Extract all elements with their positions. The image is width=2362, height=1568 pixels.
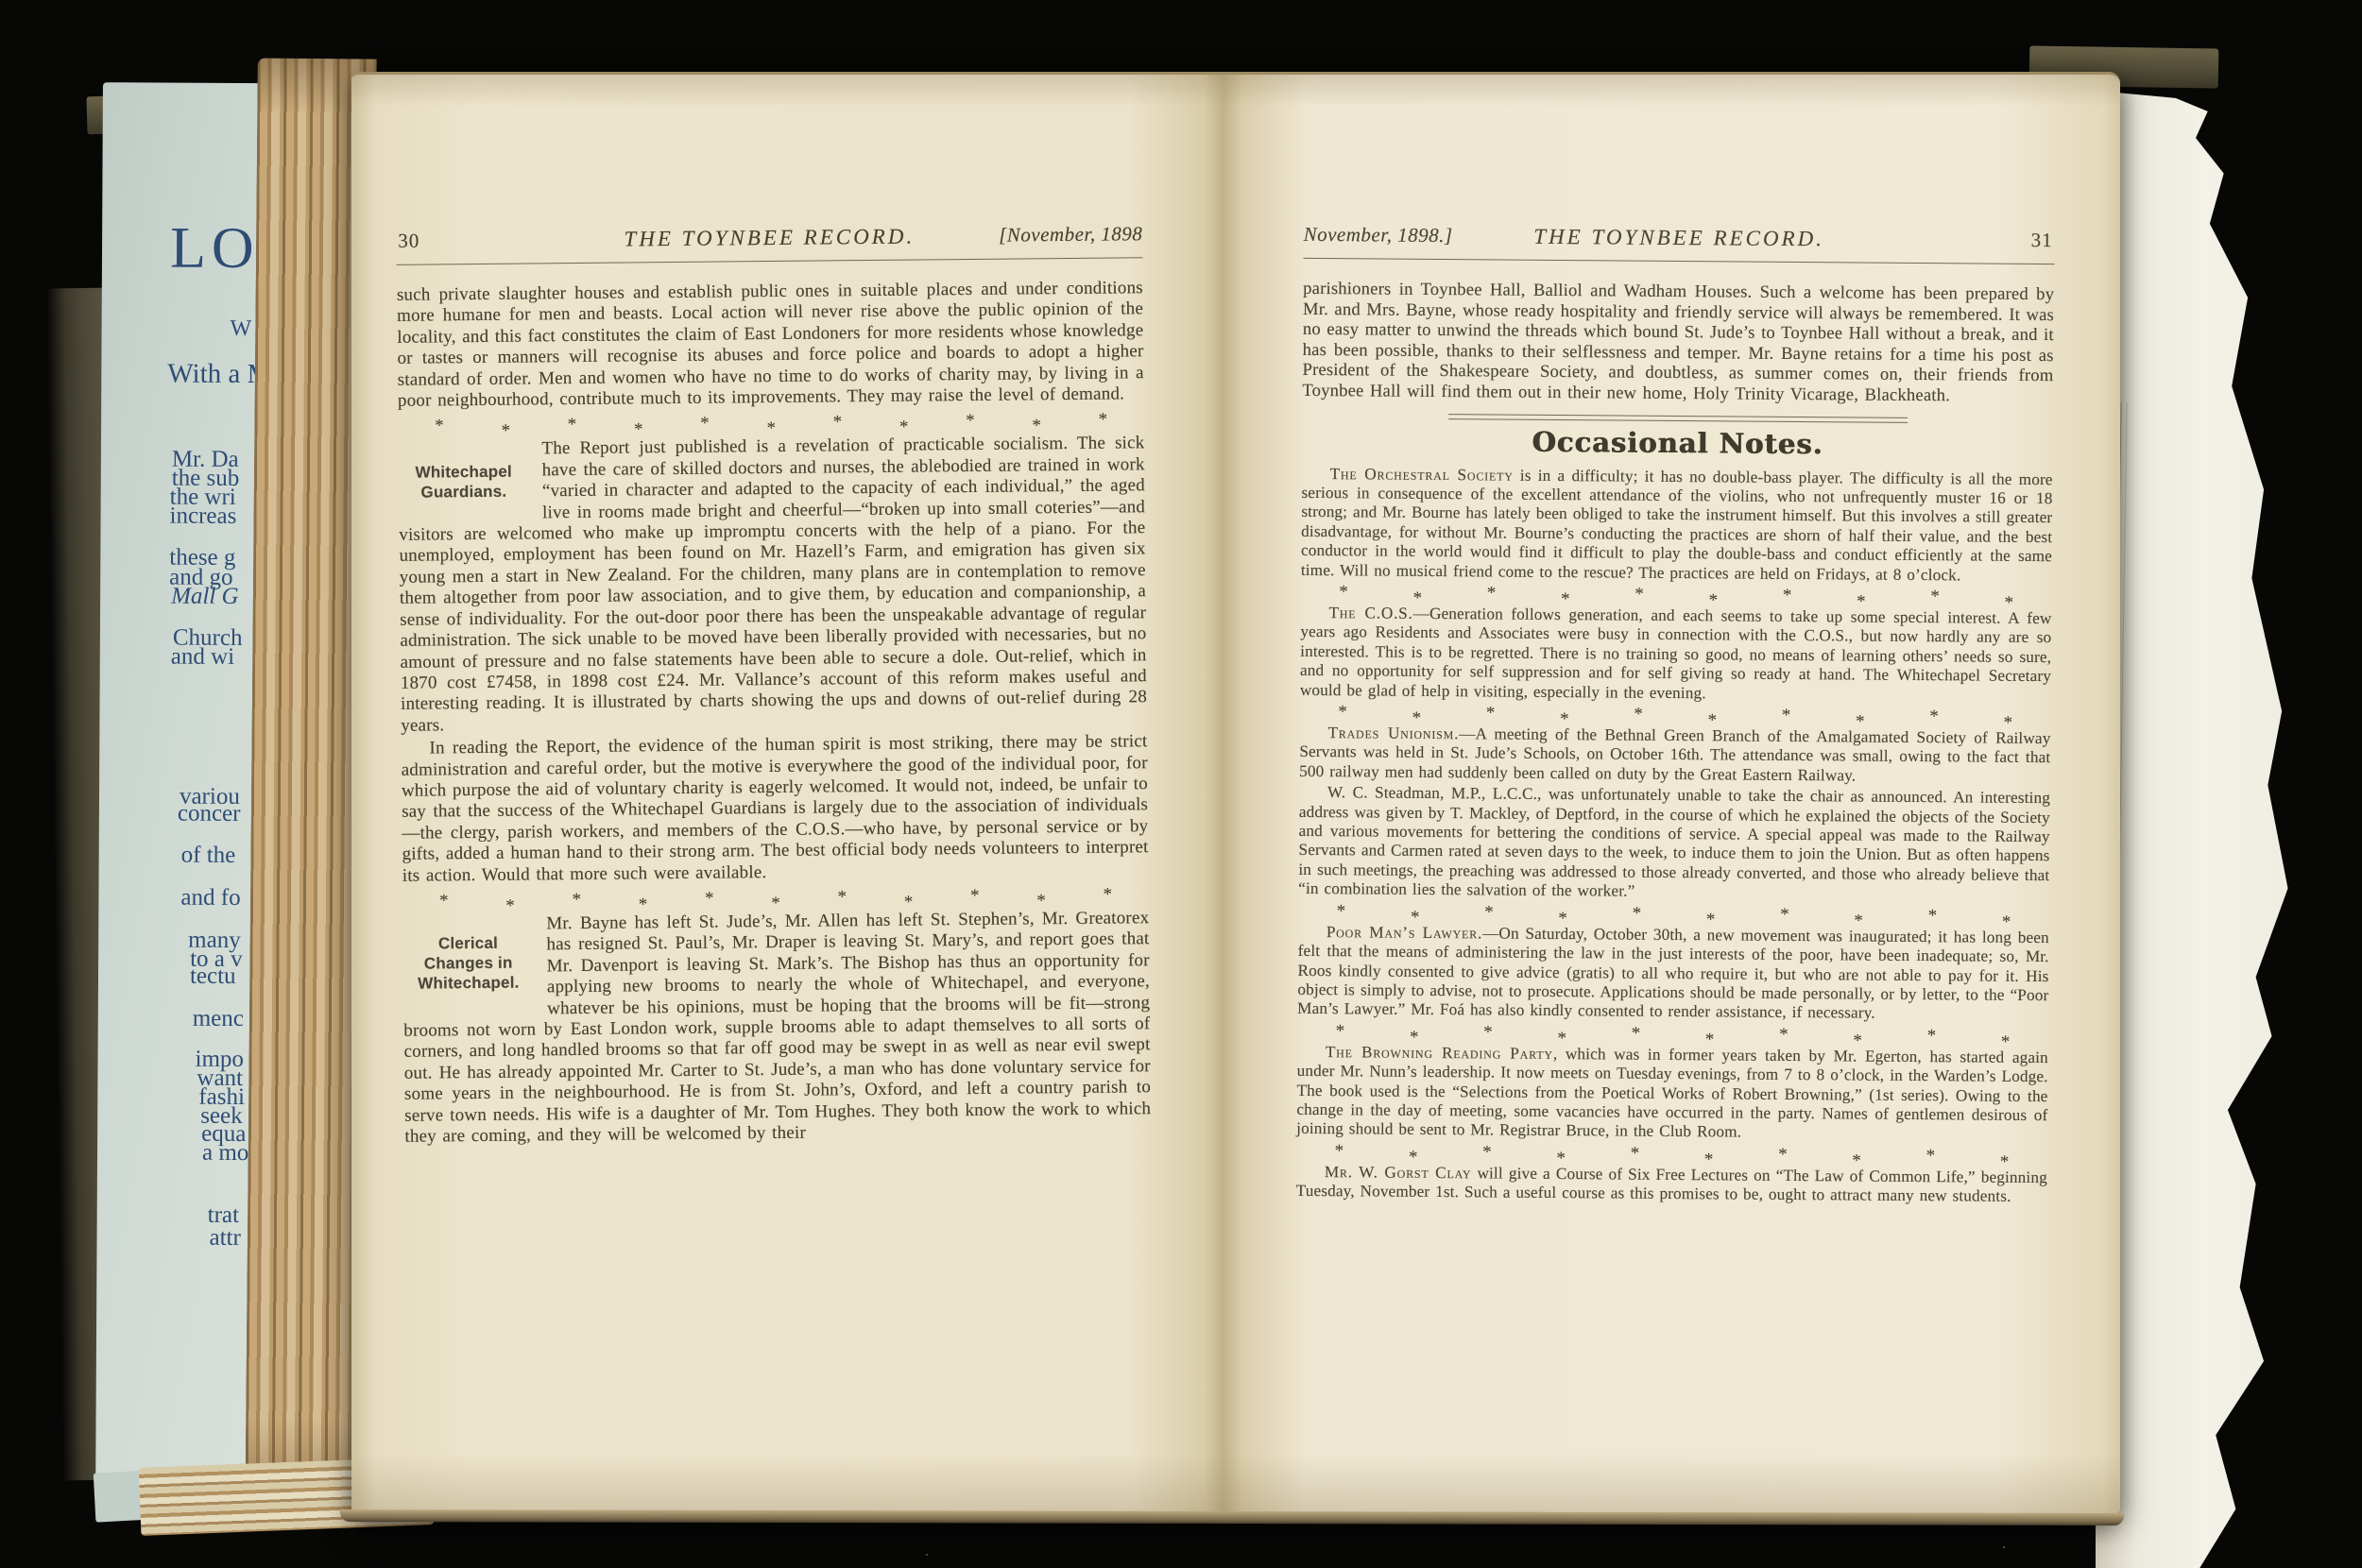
section-divider-rule xyxy=(1448,414,1908,423)
asterisk-separator: * * * * * * * * * * * xyxy=(402,885,1149,912)
sidenote-margin-box: Whitechapel Guardians. xyxy=(398,439,542,506)
note-lead: The C.O.S. xyxy=(1328,604,1412,622)
underlay-text-fragment: a mo xyxy=(202,1140,248,1167)
note-poor-mans-lawyer: Poor Man’s Lawyer.—On Saturday, October … xyxy=(1297,923,2049,1025)
sidenote: Whitechapel Guardians. xyxy=(399,462,529,503)
note-text: —Generation follows generation, and each… xyxy=(1300,605,2052,702)
note-lead: Poor Man’s Lawyer. xyxy=(1326,923,1482,942)
note-lead: Mr. W. Gorst Clay xyxy=(1325,1163,1472,1182)
right-page-header: November, 1898.] THE TOYNBEE RECORD. 31 xyxy=(1304,223,2055,257)
page-number: 30 xyxy=(398,230,419,253)
continuation-paragraph: such private slaughter houses and establ… xyxy=(397,278,1144,412)
underlay-text-fragment: menc xyxy=(193,1006,244,1032)
note-lead: The Browning Reading Party xyxy=(1326,1043,1553,1063)
underlay-text-fragment: tectu xyxy=(190,963,236,990)
note-lead: The Orchestral Society xyxy=(1330,465,1514,485)
note-cos: The C.O.S.—Generation follows generation… xyxy=(1300,604,2052,706)
underlay-text-fragment: attr xyxy=(209,1225,240,1252)
note-orchestral-society: The Orchestral Society is in a difficult… xyxy=(1301,464,2053,586)
asterisk-separator: * * * * * * * * * * * xyxy=(398,411,1144,437)
note-lead: Trades Unionism. xyxy=(1327,724,1459,742)
left-page-header: 30 THE TOYNBEE RECORD. [November, 1898 xyxy=(396,222,1142,258)
header-date: November, 1898.] xyxy=(1304,223,1453,247)
underlay-text-fragment: concer xyxy=(178,801,241,827)
note-gorst-clay-lectures: Mr. W. Gorst Clay will give a Course of … xyxy=(1296,1163,2047,1207)
note-trades-unionism: Trades Unionism.—A meeting of the Bethna… xyxy=(1299,724,2050,787)
header-rule xyxy=(1303,258,2054,264)
book-bottom-page-block-edge xyxy=(340,1509,2124,1525)
note-browning-reading-party: The Browning Reading Party, which was in… xyxy=(1296,1043,2048,1145)
page-number: 31 xyxy=(2031,229,2053,252)
running-title: THE TOYNBEE RECORD. xyxy=(624,225,915,252)
section-heading: Occasional Notes. xyxy=(1302,423,2053,461)
right-page: November, 1898.] THE TOYNBEE RECORD. 31 … xyxy=(1293,72,2056,1521)
asterisk-separator: * * * * * * * * * * xyxy=(1296,1142,2047,1167)
header-date: [November, 1898 xyxy=(999,222,1142,247)
sidenote-margin-box: Clerical Changes in Whitechapel. xyxy=(402,913,547,1001)
section-whitechapel-guardians: Whitechapel Guardians. The Report just p… xyxy=(398,434,1147,739)
asterisk-separator: * * * * * * * * * * xyxy=(1301,583,2052,607)
asterisk-separator: * * * * * * * * * * xyxy=(1297,1022,2048,1047)
underlay-text-fragment: LO xyxy=(170,215,260,282)
section-paragraph: In reading the Report, the evidence of t… xyxy=(401,731,1148,886)
underlay-text-fragment: Mall G xyxy=(171,584,239,610)
left-page: 30 THE TOYNBEE RECORD. [November, 1898 s… xyxy=(395,71,1155,1522)
section-clerical-changes: Clerical Changes in Whitechapel. Mr. Bay… xyxy=(402,908,1151,1150)
underlay-text-fragment: and wi xyxy=(171,644,235,671)
underlay-text-fragment: and fo xyxy=(180,885,240,912)
header-rule xyxy=(397,257,1143,265)
note-text: is in a difficulty; it has no double-bas… xyxy=(1301,466,2053,584)
open-book-spread: 30 THE TOYNBEE RECORD. [November, 1898 s… xyxy=(351,72,2120,1518)
note-text: W. C. Steadman, M.P., L.C.C., was unfort… xyxy=(1298,783,2050,900)
asterisk-separator: * * * * * * * * * * xyxy=(1300,703,2051,727)
underlay-text-fragment: of the xyxy=(181,843,236,869)
running-title: THE TOYNBEE RECORD. xyxy=(1533,225,1824,251)
sidenote: Clerical Changes in Whitechapel. xyxy=(402,932,534,993)
asterisk-separator: * * * * * * * * * * xyxy=(1298,902,2049,927)
underlay-text-fragment: increas xyxy=(169,503,236,530)
continuation-paragraph: parishioners in Toynbee Hall, Balliol an… xyxy=(1302,279,2054,407)
note-steadman: W. C. Steadman, M.P., L.C.C., was unfort… xyxy=(1298,783,2050,905)
torn-page-edge xyxy=(2096,91,2296,1568)
